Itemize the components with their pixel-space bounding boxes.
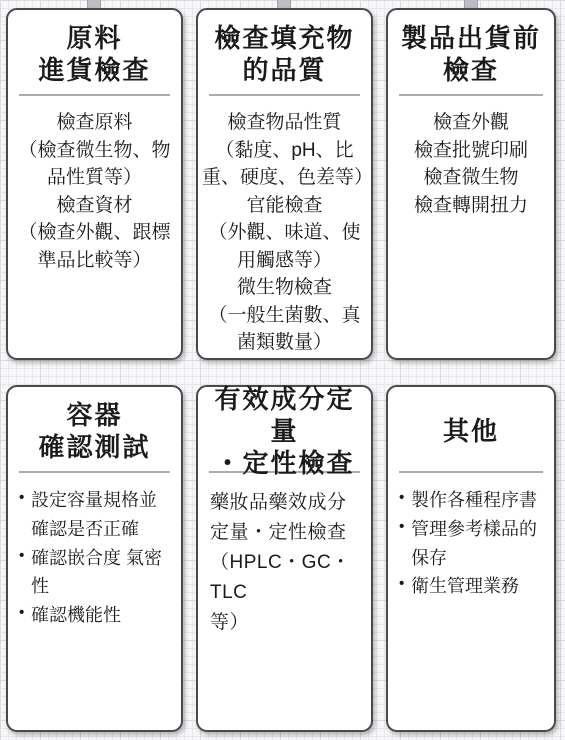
card-filler-quality-inspection: 檢查填充物 的品質 檢查物品性質 （黏度、pH、比重、硬度、色差等） 官能檢查 …: [196, 8, 373, 360]
body-line: 官能檢查: [202, 192, 367, 220]
card-body: 設定容量規格並確認是否正確 確認嵌合度 氣密性 確認機能性: [8, 473, 181, 630]
card-body: 檢查原料 （檢查微生物、物品性質等） 檢查資材 （檢查外觀、跟標準品比較等）: [8, 96, 181, 274]
body-line: （一般生菌數、真菌類數量）: [202, 302, 367, 357]
bullet-item: 確認機能性: [18, 601, 173, 630]
bullet-item: 確認嵌合度 氣密性: [18, 544, 173, 602]
body-line: 檢查原料: [12, 109, 177, 137]
card-body: 檢查物品性質 （黏度、pH、比重、硬度、色差等） 官能檢查 （外觀、味道、使用觸…: [198, 96, 371, 357]
card-raw-material-incoming-inspection: 原料 進貨檢查 檢查原料 （檢查微生物、物品性質等） 檢查資材 （檢查外觀、跟標…: [6, 8, 183, 360]
bullet-item: 管理參考樣品的保存: [398, 515, 546, 573]
bullet-item: 衛生管理業務: [398, 572, 546, 601]
body-line: （外觀、味道、使用觸感等）: [202, 219, 367, 274]
body-line: 檢查物品性質: [202, 109, 367, 137]
body-line: （黏度、pH、比重、硬度、色差等）: [202, 137, 367, 192]
card-title: 製品出貨前 檢查: [388, 10, 554, 94]
body-line: 檢查資材: [12, 192, 177, 220]
card-title: 容器 確認測試: [8, 387, 181, 471]
card-title: 原料 進貨檢查: [8, 10, 181, 94]
card-active-ingredient-quantitative-qualitative-inspection: 有效成分定量 ・定性檢查 藥妝品藥效成分 定量・定性檢查 （HPLC・GC・TL…: [196, 385, 373, 732]
card-body: 製作各種程序書 管理參考樣品的保存 衛生管理業務: [388, 473, 554, 601]
body-line: 微生物檢查: [202, 274, 367, 302]
body-line: 檢查批號印刷: [392, 137, 550, 165]
body-line: 檢查微生物: [392, 164, 550, 192]
bullet-item: 設定容量規格並確認是否正確: [18, 486, 173, 544]
body-line: （檢查外觀、跟標準品比較等）: [12, 219, 177, 274]
body-line: （檢查微生物、物品性質等）: [12, 137, 177, 192]
card-title: 有效成分定量 ・定性檢查: [198, 387, 371, 471]
card-product-pre-shipment-inspection: 製品出貨前 檢查 檢查外觀 檢查批號印刷 檢查微生物 檢查轉開扭力: [386, 8, 556, 360]
bullet-item: 製作各種程序書: [398, 486, 546, 515]
card-body: 檢查外觀 檢查批號印刷 檢查微生物 檢查轉開扭力: [388, 96, 554, 219]
body-line: 檢查轉開扭力: [392, 192, 550, 220]
body-line: 檢查外觀: [392, 109, 550, 137]
card-container-confirmation-test: 容器 確認測試 設定容量規格並確認是否正確 確認嵌合度 氣密性 確認機能性: [6, 385, 183, 732]
card-title: 其他: [388, 387, 554, 471]
card-others: 其他 製作各種程序書 管理參考樣品的保存 衛生管理業務: [386, 385, 556, 732]
card-body: 藥妝品藥效成分 定量・定性檢查 （HPLC・GC・TLC 等）: [198, 473, 371, 638]
card-title: 檢查填充物 的品質: [198, 10, 371, 94]
